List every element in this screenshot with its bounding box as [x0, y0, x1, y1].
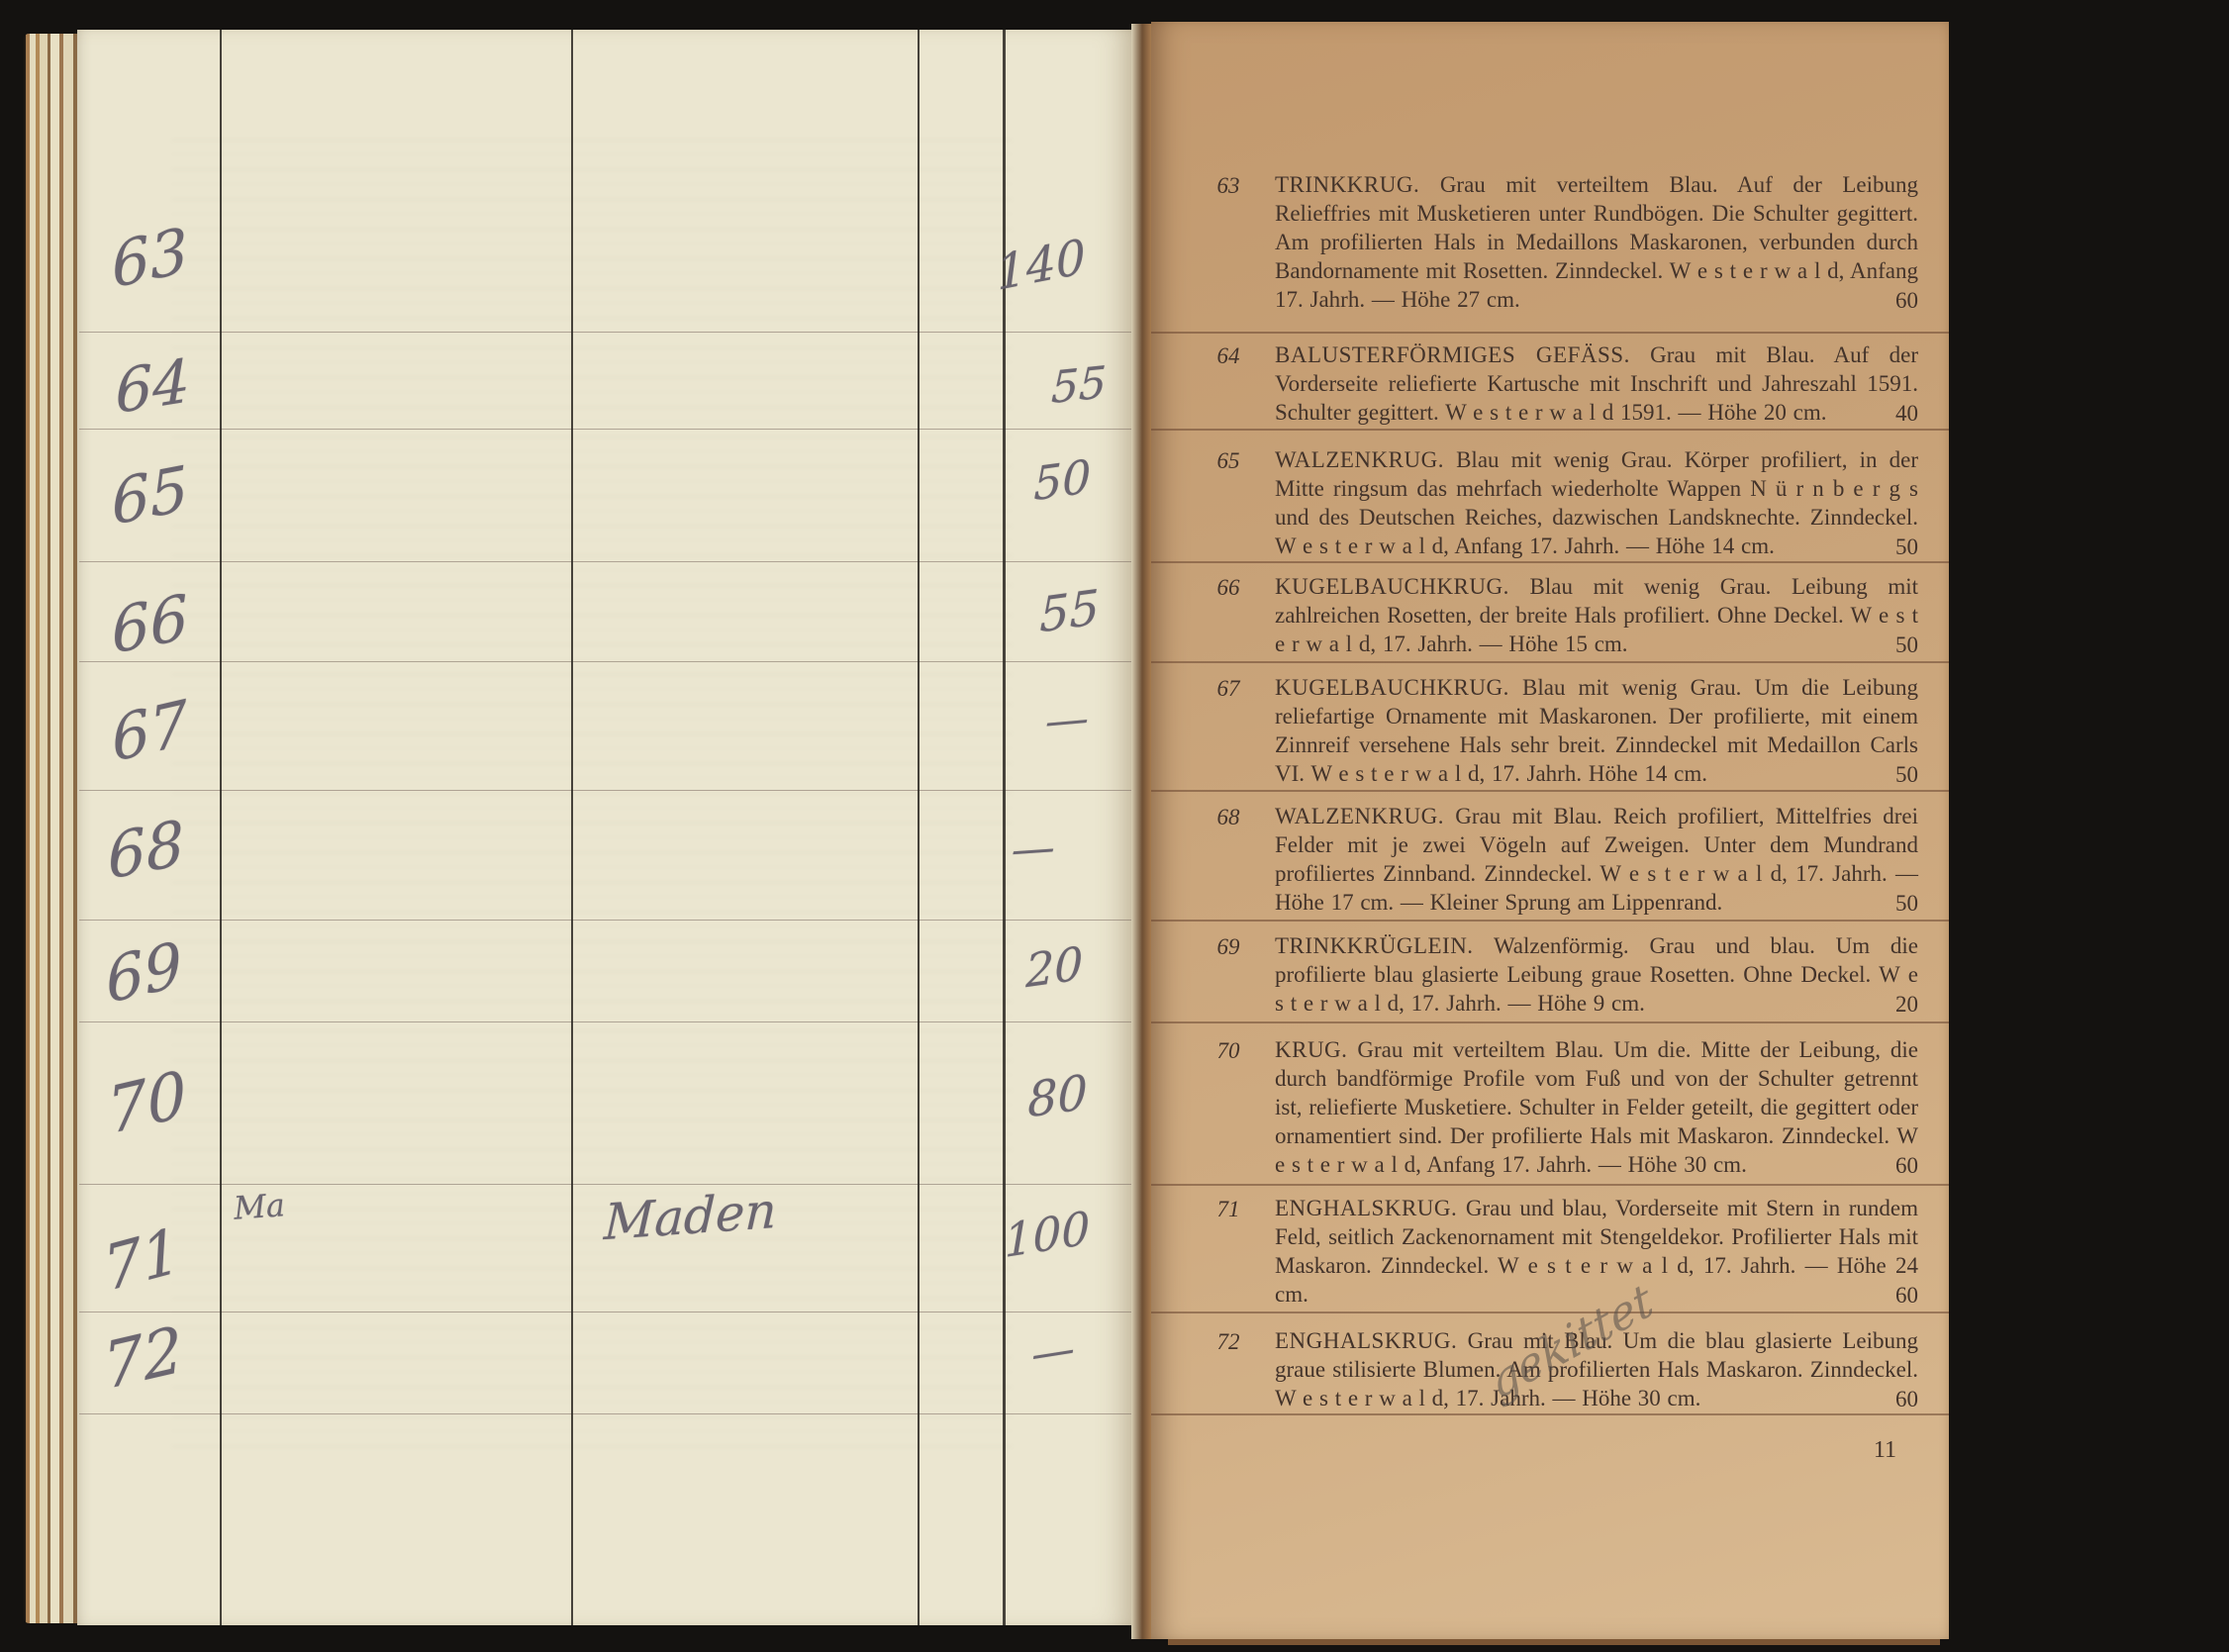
ledger-row-line: [79, 1312, 1131, 1312]
entry-estimate-price: 50: [1895, 889, 1918, 918]
book-gutter: [1131, 24, 1151, 1639]
ledger-price: 20: [1025, 936, 1083, 999]
ledger-lot-number: 65: [110, 451, 190, 539]
ledger-row-line: [79, 561, 1131, 562]
entry-title: ENGHALSKRUG.: [1275, 1328, 1457, 1353]
entry-separator-line: [1151, 1312, 1949, 1313]
ledger-price: 55: [1050, 357, 1107, 414]
ledger-price: —: [1044, 693, 1091, 747]
entry-body-text: Grau mit verteiltem Blau. Um die. Mitte …: [1275, 1037, 1918, 1177]
ledger-lot-number: 68: [106, 806, 186, 894]
entry-separator-line: [1151, 920, 1949, 922]
entry-separator-line: [1151, 661, 1949, 663]
ledger-price: 55: [1039, 579, 1099, 643]
ledger-row-line: [79, 429, 1131, 430]
entry-estimate-price: 60: [1895, 286, 1918, 315]
entry-title: TRINKKRÜGLEIN.: [1275, 933, 1474, 958]
page-number: 11: [1849, 1437, 1896, 1464]
entry-separator-line: [1151, 790, 1949, 792]
entry-lot-number: 71: [1206, 1195, 1251, 1223]
catalog-entry: 69TRINKKRÜGLEIN. Walzenförmig. Grau und …: [1275, 931, 1918, 1020]
entry-lot-number: 70: [1206, 1036, 1251, 1065]
ledger-row-line: [79, 790, 1131, 791]
catalog-entry: 63TRINKKRUG. Grau mit verteiltem Blau. A…: [1275, 170, 1918, 316]
entry-lot-number: 69: [1206, 932, 1251, 961]
ledger-row-line: [79, 332, 1131, 333]
entry-lot-number: 67: [1206, 674, 1251, 703]
entry-lot-number: 65: [1206, 446, 1251, 475]
entry-estimate-price: 60: [1895, 1281, 1918, 1310]
entry-title: KRUG.: [1275, 1037, 1347, 1062]
auction-catalog-scan: 6314064556550665567—68—692070807110072— …: [0, 0, 2229, 1652]
catalog-entry: 68WALZENKRUG. Grau mit Blau. Reich profi…: [1275, 802, 1918, 919]
entry-separator-line: [1151, 429, 1949, 431]
ledger-price: —: [1010, 822, 1056, 875]
entry-estimate-price: 60: [1895, 1385, 1918, 1413]
entry-estimate-price: 40: [1895, 399, 1918, 428]
entry-title: ENGHALSKRUG.: [1275, 1196, 1457, 1220]
ledger-column-line: [918, 30, 920, 1625]
underlying-page-edge: [1168, 1639, 1940, 1645]
entry-lot-number: 66: [1206, 573, 1251, 602]
ledger-column-line: [571, 30, 573, 1625]
entry-separator-line: [1151, 332, 1949, 334]
ledger-column-line: [220, 30, 222, 1625]
catalog-entry: 66KUGELBAUCHKRUG. Blau mit wenig Grau. L…: [1275, 572, 1918, 660]
entry-lot-number: 64: [1206, 341, 1251, 370]
entry-separator-line: [1151, 1184, 1949, 1186]
entry-estimate-price: 20: [1895, 990, 1918, 1019]
entry-title: TRINKKRUG.: [1275, 172, 1419, 197]
show-through-ghost-text: [171, 139, 1013, 1455]
entry-title: KUGELBAUCHKRUG.: [1275, 574, 1509, 599]
entry-lot-number: 72: [1206, 1327, 1251, 1356]
entry-title: WALZENKRUG.: [1275, 804, 1444, 828]
catalog-entry: 67KUGELBAUCHKRUG. Blau mit wenig Grau. U…: [1275, 673, 1918, 790]
ledger-column-note: Maden: [603, 1182, 777, 1251]
ledger-lot-number: 64: [115, 346, 191, 429]
entry-separator-line: [1151, 1021, 1949, 1023]
entry-title: BALUSTERFÖRMIGES GEFÄSS.: [1275, 342, 1630, 367]
book-page-edges: [24, 34, 77, 1623]
entry-title: WALZENKRUG.: [1275, 447, 1444, 472]
catalog-entry: 71ENGHALSKRUG. Grau und blau, Vorderseit…: [1275, 1194, 1918, 1311]
entry-estimate-price: 50: [1895, 760, 1918, 789]
ledger-row-line: [79, 1413, 1131, 1414]
ledger-row-line: [79, 920, 1131, 921]
catalog-entry: 64BALUSTERFÖRMIGES GEFÄSS. Grau mit Blau…: [1275, 340, 1918, 429]
catalog-entry: 65WALZENKRUG. Blau mit wenig Grau. Körpe…: [1275, 445, 1918, 562]
entry-estimate-price: 60: [1895, 1151, 1918, 1180]
ledger-price: 50: [1033, 449, 1091, 512]
ledger-price: —: [1031, 1322, 1075, 1380]
entry-estimate-price: 50: [1895, 631, 1918, 659]
ledger-price: 80: [1027, 1064, 1087, 1128]
ledger-row-line: [79, 661, 1131, 662]
ledger-row-line: [79, 1021, 1131, 1022]
left-ledger-page: [77, 30, 1131, 1625]
catalog-entry: 70KRUG. Grau mit verteiltem Blau. Um die…: [1275, 1035, 1918, 1181]
entry-title: KUGELBAUCHKRUG.: [1275, 675, 1509, 700]
ledger-margin-note: Ma: [233, 1186, 286, 1227]
entry-lot-number: 63: [1206, 171, 1251, 200]
entry-estimate-price: 50: [1895, 533, 1918, 561]
ledger-row-line: [79, 1184, 1131, 1185]
entry-lot-number: 68: [1206, 803, 1251, 831]
ledger-lot-number: 66: [110, 580, 190, 668]
